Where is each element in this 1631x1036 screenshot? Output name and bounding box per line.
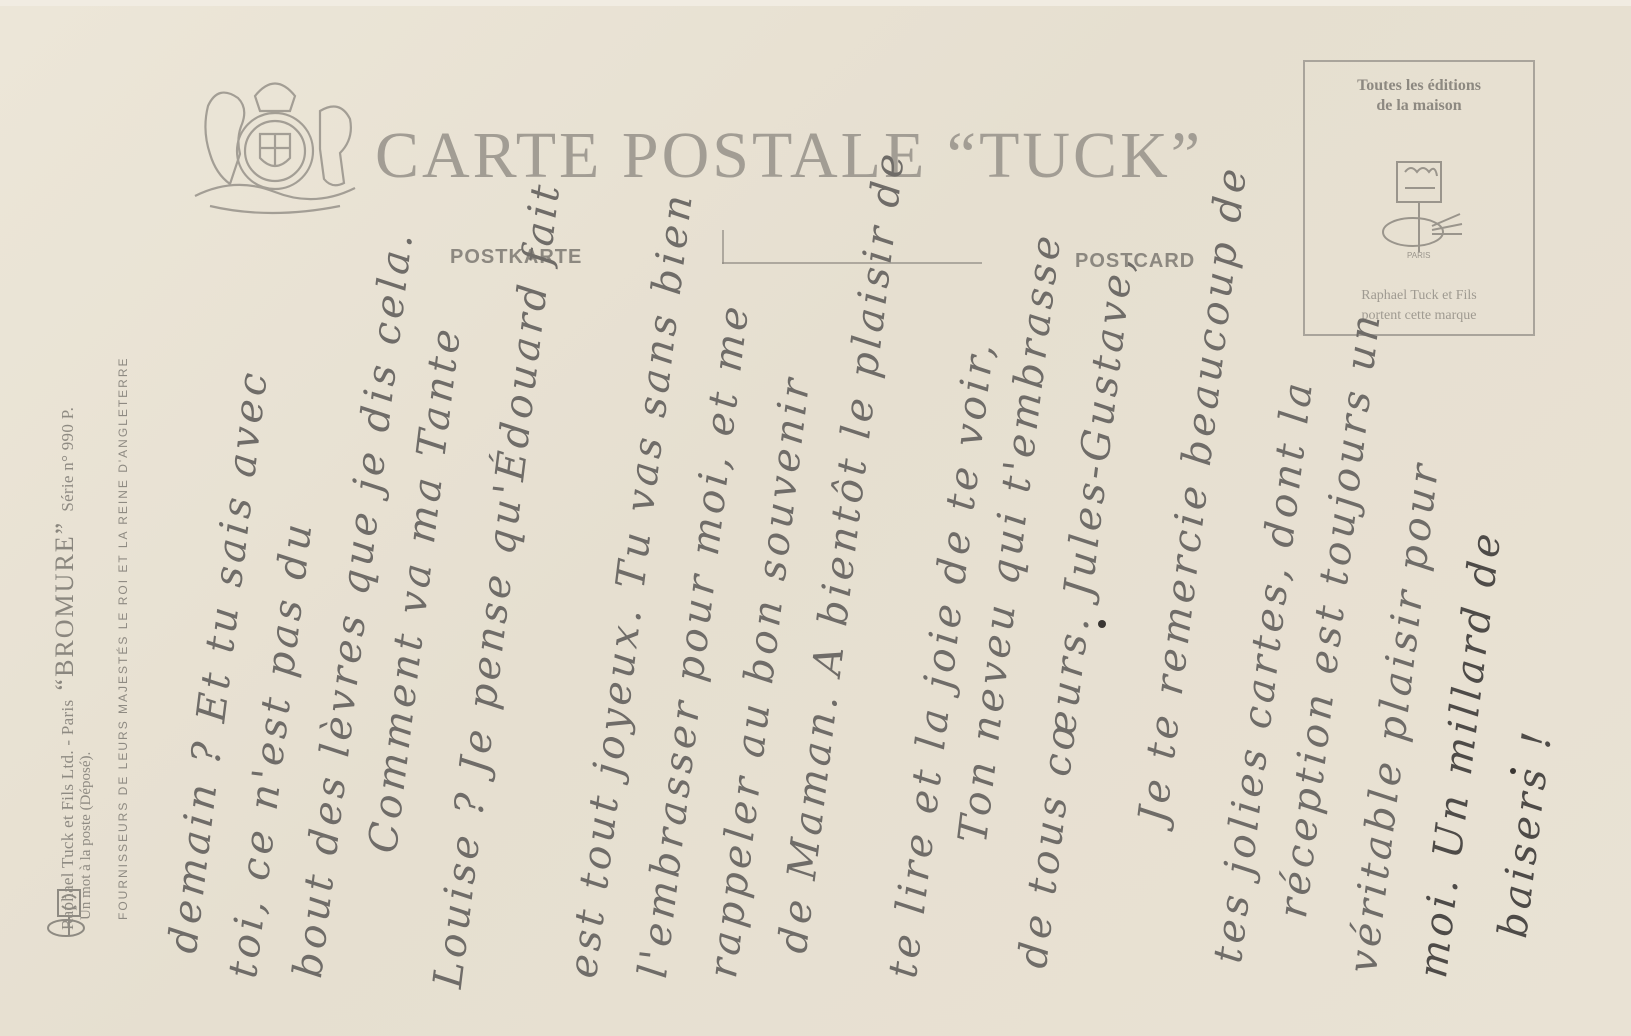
ink-spot — [1098, 620, 1106, 628]
handwritten-message: demain ? Et tu sais avec toi, ce n'est p… — [0, 0, 1631, 1036]
handwriting-line: baisers ! — [1490, 726, 1561, 941]
handwriting-line: Louise ? Je pense qu'Édouard fait — [425, 179, 570, 991]
postcard-back: Raphael Tuck et Fils Ltd. - Paris “BROMU… — [0, 0, 1631, 1036]
ink-spot — [1510, 768, 1516, 774]
